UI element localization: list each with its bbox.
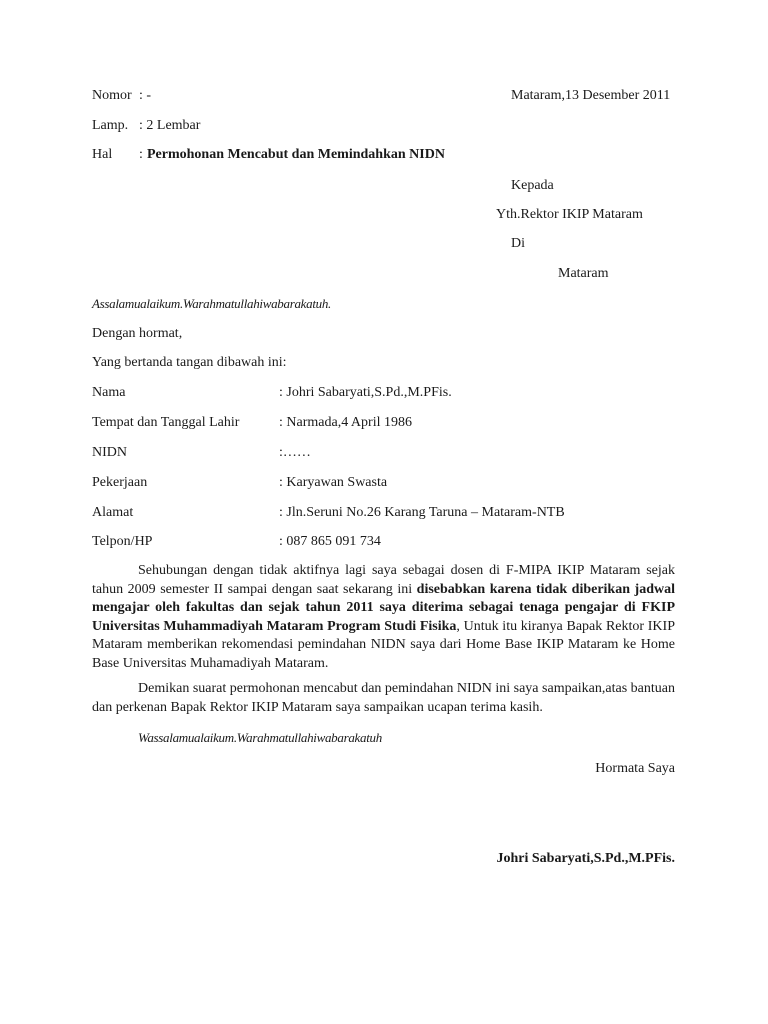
place-date: Mataram,13 Desember 2011 bbox=[511, 87, 670, 105]
identity-value: : Narmada,4 April 1986 bbox=[279, 414, 412, 432]
closing-salam: Wassalamualaikum.Warahmatullahiwabarakat… bbox=[138, 729, 382, 747]
identity-label: Alamat bbox=[92, 504, 133, 522]
opening-line: Dengan hormat, bbox=[92, 325, 182, 343]
identity-value: : Jln.Seruni No.26 Karang Taruna – Matar… bbox=[279, 504, 565, 522]
recipient-di: Di bbox=[511, 235, 525, 253]
paragraph-text: Demikan suarat permohonan mencabut dan p… bbox=[92, 681, 675, 715]
identity-label: Pekerjaan bbox=[92, 474, 147, 492]
identity-label: Telpon/HP bbox=[92, 533, 152, 551]
body-paragraph-2: Demikan suarat permohonan mencabut dan p… bbox=[92, 680, 675, 717]
nomor-label: Nomor bbox=[92, 87, 132, 105]
identity-label: Nama bbox=[92, 384, 125, 402]
identity-value: : Karyawan Swasta bbox=[279, 474, 387, 492]
recipient-kepada: Kepada bbox=[511, 177, 554, 195]
intro-line: Yang bertanda tangan dibawah ini: bbox=[92, 354, 287, 372]
signature-name: Johri Sabaryati,S.Pd.,M.PFis. bbox=[496, 850, 675, 868]
body-paragraph-1: Sehubungan dengan tidak aktifnya lagi sa… bbox=[92, 562, 675, 673]
lampiran-label: Lamp. bbox=[92, 117, 128, 135]
recipient-city: Mataram bbox=[558, 265, 609, 283]
subject: Permohonan Mencabut dan Memindahkan NIDN bbox=[147, 146, 445, 164]
identity-value: : 087 865 091 734 bbox=[279, 533, 381, 551]
identity-label: Tempat dan Tanggal Lahir bbox=[92, 414, 239, 432]
recipient-name: Yth.Rektor IKIP Mataram bbox=[496, 206, 643, 224]
identity-label: NIDN bbox=[92, 444, 127, 462]
identity-value: :…… bbox=[279, 444, 311, 462]
greeting-salam: Assalamualaikum.Warahmatullahiwabarakatu… bbox=[92, 295, 331, 313]
nomor-value: : - bbox=[139, 87, 151, 105]
lampiran-value: : 2 Lembar bbox=[139, 117, 200, 135]
identity-value: : Johri Sabaryati,S.Pd.,M.PFis. bbox=[279, 384, 452, 402]
hal-label: Hal bbox=[92, 146, 112, 164]
hal-colon: : bbox=[139, 146, 143, 164]
closing-hormat: Hormata Saya bbox=[595, 760, 675, 778]
